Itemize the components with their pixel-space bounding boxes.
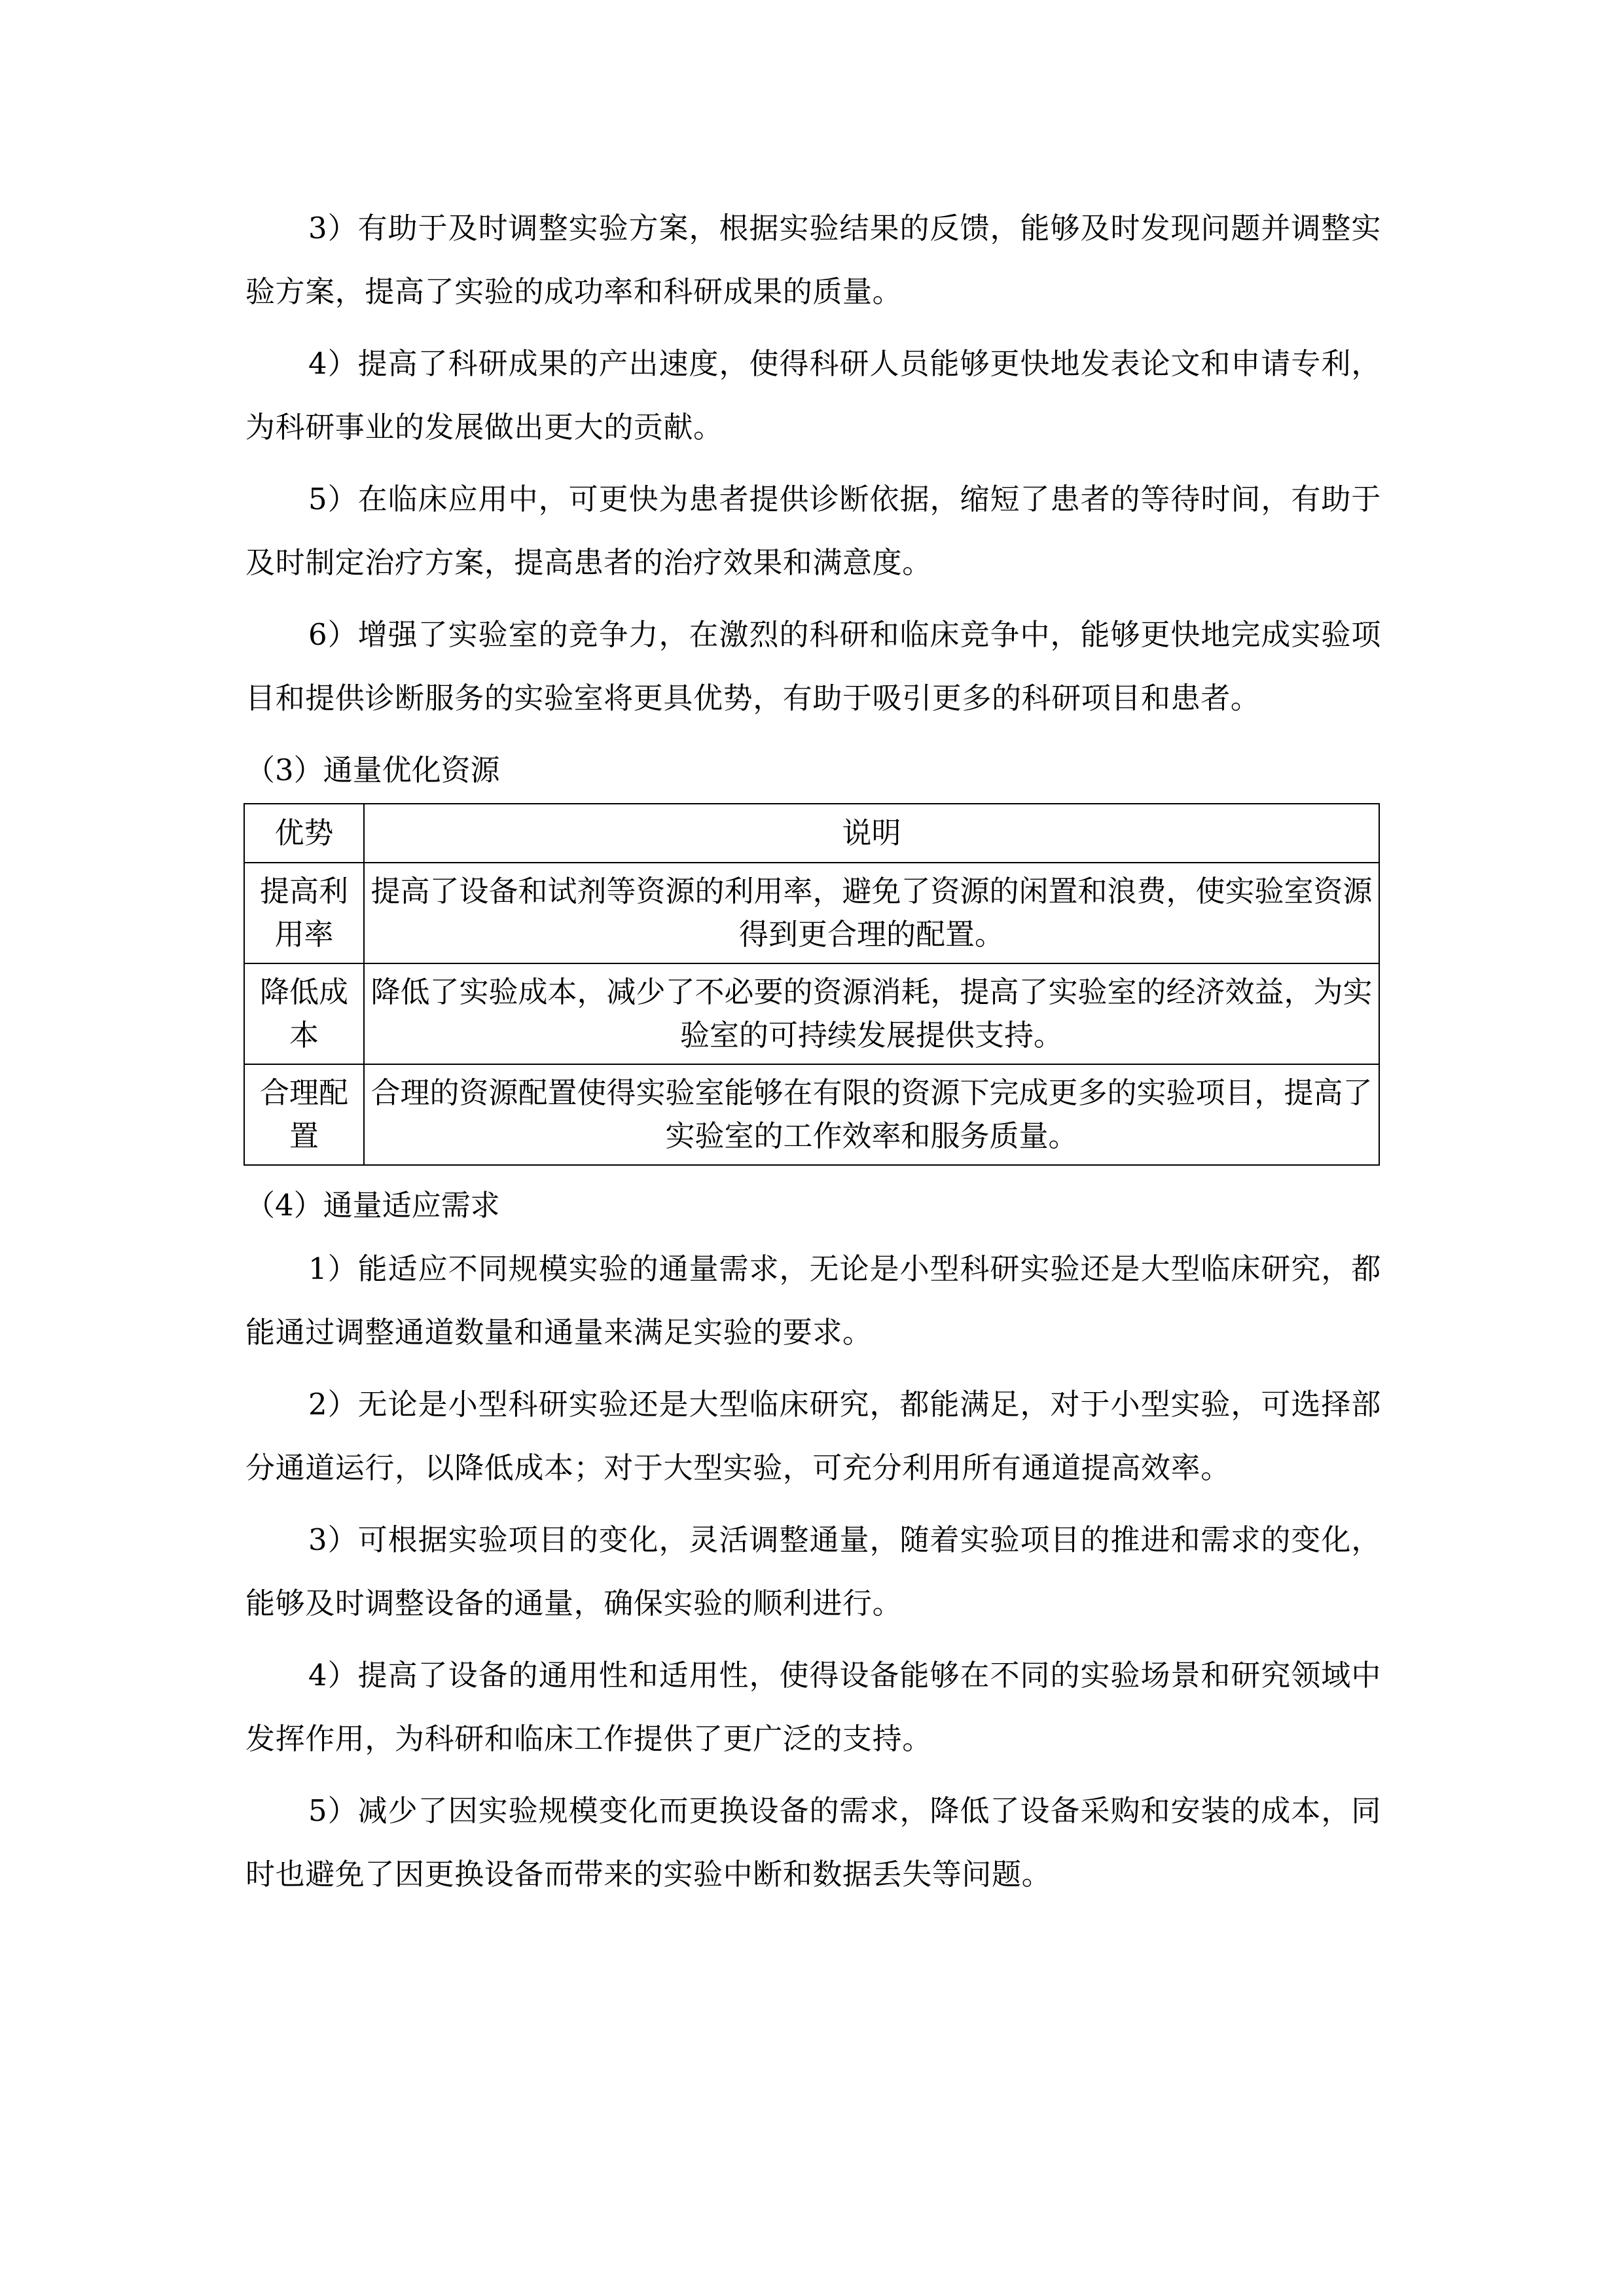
paragraph-item-3: 3）有助于及时调整实验方案，根据实验结果的反馈，能够及时发现问题并调整实验方案，… bbox=[245, 196, 1381, 323]
table-cell-advantage: 降低成本 bbox=[244, 963, 364, 1064]
paragraph-item-5: 5）减少了因实验规模变化而更换设备的需求，降低了设备采购和安装的成本，同时也避免… bbox=[245, 1779, 1381, 1906]
table-row: 合理配置 合理的资源配置使得实验室能够在有限的资源下完成更多的实验项目，提高了实… bbox=[244, 1064, 1379, 1165]
table-cell-description: 提高了设备和试剂等资源的利用率，避免了资源的闲置和浪费，使实验室资源得到更合理的… bbox=[364, 863, 1379, 963]
paragraph-item-6: 6）增强了实验室的竞争力，在激烈的科研和临床竞争中，能够更快地完成实验项目和提供… bbox=[245, 603, 1381, 730]
advantages-table: 优势 说明 提高利用率 提高了设备和试剂等资源的利用率，避免了资源的闲置和浪费，… bbox=[244, 803, 1380, 1166]
table-header-advantage: 优势 bbox=[244, 804, 364, 863]
table-cell-advantage: 合理配置 bbox=[244, 1064, 364, 1165]
table-header-description: 说明 bbox=[364, 804, 1379, 863]
paragraph-item-5: 5）在临床应用中，可更快为患者提供诊断依据，缩短了患者的等待时间，有助于及时制定… bbox=[245, 467, 1381, 594]
document-page: 3）有助于及时调整实验方案，根据实验结果的反馈，能够及时发现问题并调整实验方案，… bbox=[245, 196, 1381, 1914]
section-heading-throughput-optimize: （3）通量优化资源 bbox=[245, 738, 1381, 802]
table-row: 提高利用率 提高了设备和试剂等资源的利用率，避免了资源的闲置和浪费，使实验室资源… bbox=[244, 863, 1379, 963]
table-cell-advantage: 提高利用率 bbox=[244, 863, 364, 963]
paragraph-item-3: 3）可根据实验项目的变化，灵活调整通量，随着实验项目的推进和需求的变化，能够及时… bbox=[245, 1508, 1381, 1635]
paragraph-item-1: 1）能适应不同规模实验的通量需求，无论是小型科研实验还是大型临床研究，都能通过调… bbox=[245, 1237, 1381, 1364]
paragraph-item-4: 4）提高了科研成果的产出速度，使得科研人员能够更快地发表论文和申请专利，为科研事… bbox=[245, 332, 1381, 459]
paragraph-item-4: 4）提高了设备的通用性和适用性，使得设备能够在不同的实验场景和研究领域中发挥作用… bbox=[245, 1643, 1381, 1770]
table-row: 降低成本 降低了实验成本，减少了不必要的资源消耗，提高了实验室的经济效益，为实验… bbox=[244, 963, 1379, 1064]
table-cell-description: 合理的资源配置使得实验室能够在有限的资源下完成更多的实验项目，提高了实验室的工作… bbox=[364, 1064, 1379, 1165]
paragraph-item-2: 2）无论是小型科研实验还是大型临床研究，都能满足，对于小型实验，可选择部分通道运… bbox=[245, 1372, 1381, 1499]
table-cell-description: 降低了实验成本，减少了不必要的资源消耗，提高了实验室的经济效益，为实验室的可持续… bbox=[364, 963, 1379, 1064]
section-heading-throughput-adapt: （4）通量适应需求 bbox=[245, 1174, 1381, 1237]
table-header-row: 优势 说明 bbox=[244, 804, 1379, 863]
